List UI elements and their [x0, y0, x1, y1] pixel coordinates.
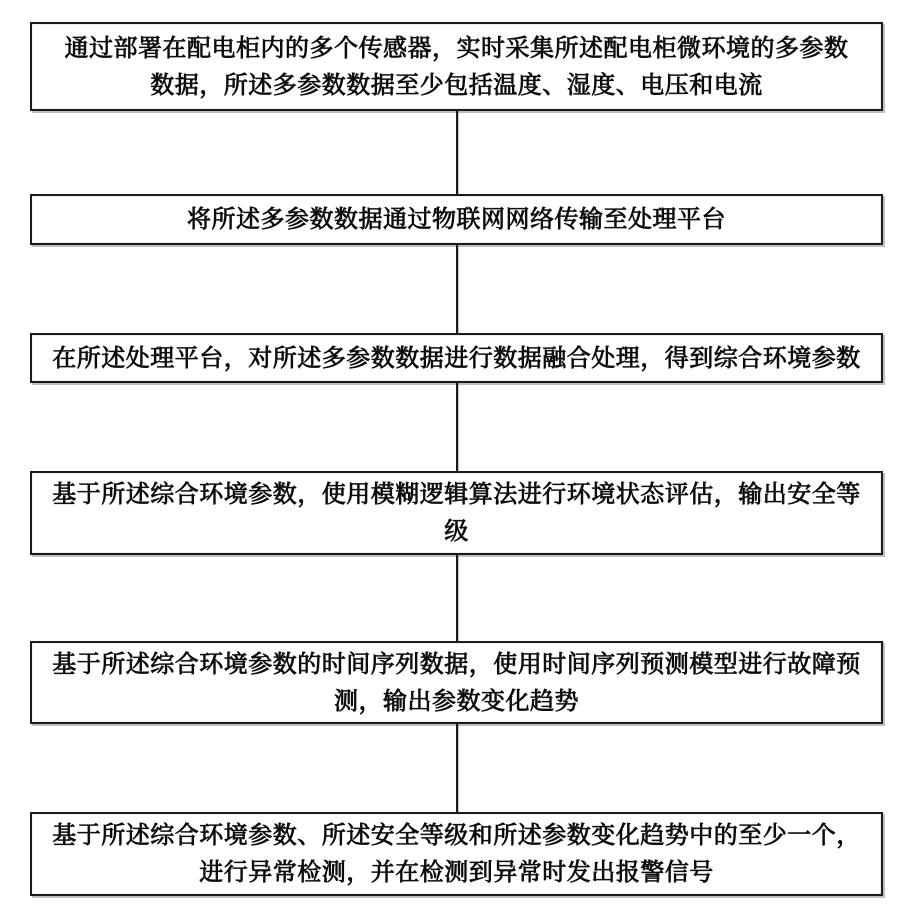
flow-step-text-line: 基于所述综合环境参数、所述安全等级和所述参数变化趋势中的至少一个，	[52, 817, 861, 854]
flow-step-transmit-data: 将所述多参数数据通过物联网网络传输至处理平台	[30, 194, 883, 245]
flow-step-collect-sensor-data: 通过部署在配电柜内的多个传感器，实时采集所述配电柜微环境的多参数 数据，所述多参…	[30, 22, 883, 111]
flow-step-time-series-prediction: 基于所述综合环境参数的时间序列数据，使用时间序列预测模型进行故障预 测，输出参数…	[30, 641, 883, 724]
flow-step-data-fusion: 在所述处理平台，对所述多参数数据进行数据融合处理，得到综合环境参数	[30, 333, 883, 383]
flow-step-text-line: 测，输出参数变化趋势	[334, 683, 579, 720]
connector-line-5	[456, 724, 458, 812]
connector-line-1	[456, 111, 458, 194]
patent-flowchart-figure: 通过部署在配电柜内的多个传感器，实时采集所述配电柜微环境的多参数 数据，所述多参…	[0, 0, 914, 923]
flow-step-text-line: 将所述多参数数据通过物联网网络传输至处理平台	[187, 201, 726, 238]
flow-step-text-line: 在所述处理平台，对所述多参数数据进行数据融合处理，得到综合环境参数	[52, 340, 861, 377]
flow-step-text-line: 通过部署在配电柜内的多个传感器，实时采集所述配电柜微环境的多参数	[65, 30, 849, 67]
flow-step-text-line: 级	[444, 513, 469, 550]
flow-step-text-line: 基于所述综合环境参数的时间序列数据，使用时间序列预测模型进行故障预	[52, 646, 861, 683]
flow-step-text-line: 进行异常检测，并在检测到异常时发出报警信号	[199, 854, 714, 891]
connector-line-2	[456, 245, 458, 333]
connector-line-3	[456, 383, 458, 471]
connector-line-4	[456, 555, 458, 641]
flow-step-text-line: 基于所述综合环境参数，使用模糊逻辑算法进行环境状态评估，输出安全等	[52, 476, 861, 513]
flow-step-text-line: 数据，所述多参数数据至少包括温度、湿度、电压和电流	[150, 67, 763, 104]
flow-step-anomaly-detection-alarm: 基于所述综合环境参数、所述安全等级和所述参数变化趋势中的至少一个， 进行异常检测…	[30, 812, 883, 896]
flow-step-fuzzy-logic-evaluation: 基于所述综合环境参数，使用模糊逻辑算法进行环境状态评估，输出安全等 级	[30, 471, 883, 555]
